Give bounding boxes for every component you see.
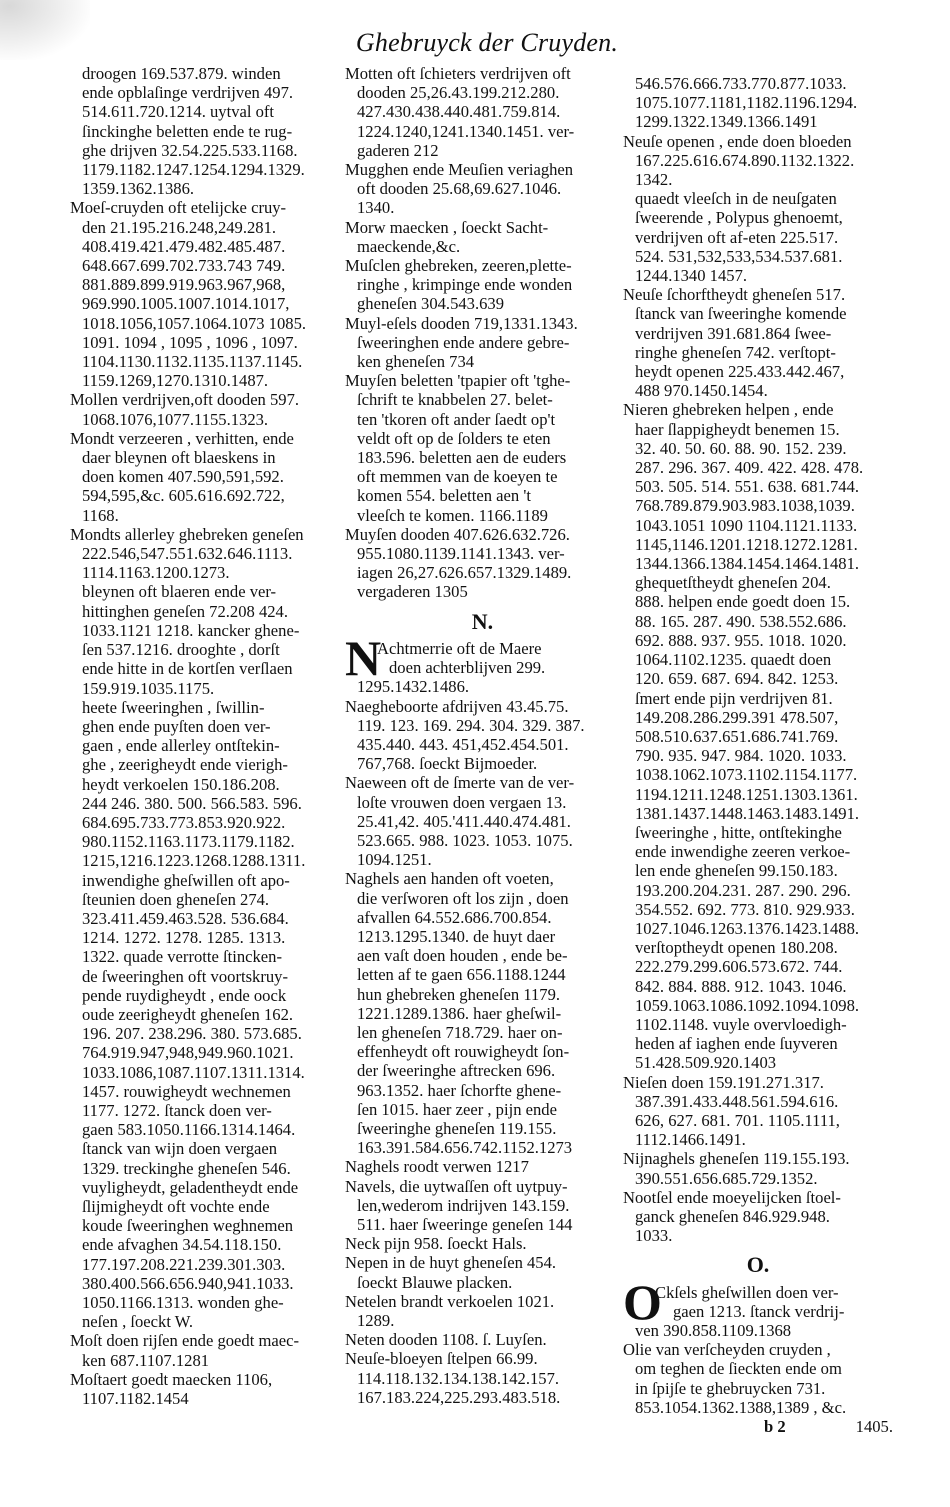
text-line: 114.118.132.134.138.142.157.	[345, 1369, 620, 1388]
entries-m: Motten oft ſchieters verdrijven oftdoode…	[345, 64, 620, 602]
text-line: ſchrift te knabbelen 27. belet-	[345, 390, 620, 409]
text-line: 503. 505. 514. 551. 638. 681.744.	[623, 477, 893, 496]
text-line: 514.611.720.1214. uytval oft	[70, 102, 340, 121]
text-line: 1295.1432.1486.	[345, 677, 620, 696]
text-line: Muyſen beletten 'tpapier oft 'tghe-	[345, 371, 620, 390]
text-line: 380.400.566.656.940,941.1033.	[70, 1274, 340, 1293]
text-line: Muyſen dooden 407.626.632.726.	[345, 525, 620, 544]
section-heading-n: N.	[345, 612, 620, 631]
text-line: der ſweeringhe aftrecken 696.	[345, 1061, 620, 1080]
text-line: Nepen in de huyt gheneſen 454.	[345, 1253, 620, 1272]
text-line: Nijnaghels gheneſen 119.155.193.	[623, 1149, 893, 1168]
text-line: 1289.	[345, 1311, 620, 1330]
text-line: 1059.1063.1086.1092.1094.1098.	[623, 996, 893, 1015]
text-line: 1168.	[70, 506, 340, 525]
text-line: Naghels aen handen oft voeten,	[345, 869, 620, 888]
text-line: Naegheboorte afdrijven 43.45.75.	[345, 697, 620, 716]
text-line: bleynen oft blaeren ende ver-	[70, 582, 340, 601]
text-line: Naeween oft de ſmerte van de ver-	[345, 773, 620, 792]
text-line: 1064.1102.1235. quaedt doen	[623, 650, 893, 669]
page-stain	[0, 0, 90, 60]
text-line: 1075.1077.1181,1182.1196.1294.	[623, 93, 893, 112]
book-page: Ghebruyck der Cruyden. droogen 169.537.8…	[0, 0, 950, 1507]
text-line: koude ſweeringhen weghnemen	[70, 1216, 340, 1235]
text-line: 842. 884. 888. 912. 1043. 1046.	[623, 977, 893, 996]
text-line: Neuſe-bloeyen ſtelpen 66.99.	[345, 1349, 620, 1368]
text-line: neſen , ſoeckt W.	[70, 1312, 340, 1331]
index-column-left: droogen 169.537.879. windenende opblaſin…	[70, 64, 340, 1408]
text-line: ſtanck van ſweeringhe komende	[623, 304, 893, 323]
text-line: gaderen 212	[345, 141, 620, 160]
text-line: 1033.1086,1087.1107.1311.1314.	[70, 1063, 340, 1082]
text-line: den 21.195.216.248,249.281.	[70, 218, 340, 237]
text-line: 1033.1121 1218. kancker ghene-	[70, 621, 340, 640]
text-line: 1457. rouwigheydt wechnemen	[70, 1082, 340, 1101]
text-line: loſte vrouwen doen vergaen 13.	[345, 793, 620, 812]
text-line: gaen 583.1050.1166.1314.1464.	[70, 1120, 340, 1139]
text-line: 648.667.699.702.733.743 749.	[70, 256, 340, 275]
text-line: 1244.1340 1457.	[623, 266, 893, 285]
text-line: ende opblaſinge verdrijven 497.	[70, 83, 340, 102]
text-line: 25.41,42. 405.'411.440.474.481.	[345, 812, 620, 831]
text-line: de ſweeringhen oft voortskruy-	[70, 967, 340, 986]
text-line: 1213.1295.1340. de huyt daer	[345, 927, 620, 946]
signature-mark: b 2	[764, 1417, 786, 1436]
text-line: Moſtaert goedt maecken 1106,	[70, 1370, 340, 1389]
text-line: 1322. quade verrotte ſtincken-	[70, 947, 340, 966]
text-line: len gheneſen 718.729. haer on-	[345, 1023, 620, 1042]
text-line: 1050.1166.1313. wonden ghe-	[70, 1293, 340, 1312]
text-line: droogen 169.537.879. winden	[70, 64, 340, 83]
text-line: ken 687.1107.1281	[70, 1351, 340, 1370]
text-line: doen komen 407.590,591,592.	[70, 467, 340, 486]
text-line: Naghels roodt verwen 1217	[345, 1157, 620, 1176]
text-line: 1027.1046.1263.1376.1423.1488.	[623, 919, 893, 938]
text-line: 768.789.879.903.983.1038,1039.	[623, 496, 893, 515]
text-line: 523.665. 988. 1023. 1053. 1075.	[345, 831, 620, 850]
text-line: 222.279.299.606.573.672. 744.	[623, 957, 893, 976]
text-line: 767,768. ſoeckt Bijmoeder.	[345, 754, 620, 773]
text-line: ſteunien doen gheneſen 274.	[70, 890, 340, 909]
entries-o: ven 390.858.1109.1368Olie van verſcheyde…	[623, 1321, 893, 1417]
text-line: in ſpijſe te ghebruycken 731.	[623, 1379, 893, 1398]
text-line: 1221.1289.1386. haer gheſwil-	[345, 1004, 620, 1023]
text-line: vuyligheydt, geladentheydt ende	[70, 1178, 340, 1197]
index-column-middle: Motten oft ſchieters verdrijven oftdoode…	[345, 64, 620, 1407]
text-line: 1068.1076,1077.1155.1323.	[70, 410, 340, 429]
text-line: 524. 531,532,533,534.537.681.	[623, 247, 893, 266]
text-line: 1104.1130.1132.1135.1137.1145.	[70, 352, 340, 371]
text-line: 88. 165. 287. 490. 538.552.686.	[623, 612, 893, 631]
text-line: ringhe , krimpinge ende wonden	[345, 275, 620, 294]
text-line: Nieſen doen 159.191.271.317.	[623, 1073, 893, 1092]
text-line: pende ruydigheydt , ende oock	[70, 986, 340, 1005]
text-line: 1145,1146.1201.1218.1272.1281.	[623, 535, 893, 554]
text-line: 963.1352. haer ſchorfte ghene-	[345, 1081, 620, 1100]
text-line: 51.428.509.920.1403	[623, 1053, 893, 1072]
text-line: Mondts allerley ghebreken geneſen	[70, 525, 340, 544]
text-line: ſweeringhen ende andere gebre-	[345, 333, 620, 352]
text-line: 32. 40. 50. 60. 88. 90. 152. 239.	[623, 439, 893, 458]
text-line: ſen 537.1216. drooghte , dorſt	[70, 640, 340, 659]
text-line: ſweerende , Polypus ghenoemt,	[623, 208, 893, 227]
text-line: haer ſlappigheydt benemen 15.	[623, 420, 893, 439]
text-line: ghequetſtheydt gheneſen 204.	[623, 573, 893, 592]
text-line: 435.440. 443. 451,452.454.501.	[345, 735, 620, 754]
text-line: quaedt vleeſch in de neuſgaten	[623, 189, 893, 208]
text-line: 488 970.1450.1454.	[623, 381, 893, 400]
text-line: veldt oft op de ſolders te eten	[345, 429, 620, 448]
text-line: 546.576.666.733.770.877.1033.	[623, 74, 893, 93]
text-line: ghe drijven 32.54.225.533.1168.	[70, 141, 340, 160]
text-line: verſtoptheydt openen 180.208.	[623, 938, 893, 957]
text-line: 1214. 1272. 1278. 1285. 1313.	[70, 928, 340, 947]
text-line: 790. 935. 947. 984. 1020. 1033.	[623, 746, 893, 765]
text-line: 626, 627. 681. 701. 1105.1111,	[623, 1111, 893, 1130]
text-line: verdrijven 391.681.864 ſwee-	[623, 324, 893, 343]
text-line: Neuſe openen , ende doen bloeden	[623, 132, 893, 151]
text-line: 1114.1163.1200.1273.	[70, 563, 340, 582]
text-line: maeckende,&c.	[345, 237, 620, 256]
text-line: Netelen brandt verkoelen 1021.	[345, 1292, 620, 1311]
text-line: dooden 25,26.43.199.212.280.	[345, 83, 620, 102]
text-line: oude zeerigheydt gheneſen 162.	[70, 1005, 340, 1024]
text-line: ken gheneſen 734	[345, 352, 620, 371]
text-line: Motten oft ſchieters verdrijven oft	[345, 64, 620, 83]
text-line: hun ghebreken gheneſen 1179.	[345, 985, 620, 1004]
text-line: 1342.	[623, 170, 893, 189]
text-line: 177.197.208.221.239.301.303.	[70, 1255, 340, 1274]
text-line: heydt openen 225.433.442.467,	[623, 362, 893, 381]
text-line: 764.919.947,948,949.960.1021.	[70, 1043, 340, 1062]
text-line: verdrijven oft af-eten 225.517.	[623, 228, 893, 247]
text-line: 511. haer ſweeringe geneſen 144	[345, 1215, 620, 1234]
text-line: 955.1080.1139.1141.1343. ver-	[345, 544, 620, 563]
dropcap-o: O	[623, 1279, 662, 1325]
text-line: 1038.1062.1073.1102.1154.1177.	[623, 765, 893, 784]
text-line: komen 554. beletten aen 't	[345, 486, 620, 505]
text-line: Olie van verſcheyden cruyden ,	[623, 1340, 893, 1359]
text-line: Muyl-eſels dooden 719,1331.1343.	[345, 314, 620, 333]
text-line: Nieren ghebreken helpen , ende	[623, 400, 893, 419]
text-line: die verſworen oft los zijn , doen	[345, 889, 620, 908]
text-line: heden af iaghen ende ſuyveren	[623, 1034, 893, 1053]
text-line: 1107.1182.1454	[70, 1389, 340, 1408]
text-line: 387.391.433.448.561.594.616.	[623, 1092, 893, 1111]
text-line: 1194.1211.1248.1251.1303.1361.	[623, 785, 893, 804]
text-line: ſen 1015. haer zeer , pijn ende	[345, 1100, 620, 1119]
text-line: effenheydt oft rouwigheydt ſon-	[345, 1042, 620, 1061]
text-line: 853.1054.1362.1388,1389 , &c.	[623, 1398, 893, 1417]
text-line: Navels, die uytwaſſen oft uytpuy-	[345, 1177, 620, 1196]
text-line: 167.225.616.674.890.1132.1322.	[623, 151, 893, 170]
text-line: ghe , zeerigheydt ende vierigh-	[70, 755, 340, 774]
text-line: Mondt verzeeren , verhitten, ende	[70, 429, 340, 448]
text-line: 119. 123. 169. 294. 304. 329. 387.	[345, 716, 620, 735]
text-line: ſtanck van wijn doen vergaen	[70, 1139, 340, 1158]
text-line: 287. 296. 367. 409. 422. 428. 478.	[623, 458, 893, 477]
text-line: Neuſe ſchorftheydt gheneſen 517.	[623, 285, 893, 304]
text-line: 684.695.733.773.853.920.922.	[70, 813, 340, 832]
text-line: ghen ende puyſten doen ver-	[70, 717, 340, 736]
text-line: vleeſch te komen. 1166.1189	[345, 506, 620, 525]
text-line: 1159.1269,1270.1310.1487.	[70, 371, 340, 390]
text-line: Muſclen ghebreken, zeeren,plette-	[345, 256, 620, 275]
text-line: 1299.1322.1349.1366.1491	[623, 112, 893, 131]
text-line: 692. 888. 937. 955. 1018. 1020.	[623, 631, 893, 650]
entries-n-cont: 546.576.666.733.770.877.1033.1075.1077.1…	[623, 74, 893, 1245]
text-line: 120. 659. 687. 694. 842. 1253.	[623, 669, 893, 688]
dropcap-entry-n: N Achtmerrie oft de Maere doen achterbli…	[345, 639, 620, 677]
running-head: Ghebruyck der Cruyden.	[352, 28, 622, 58]
text-line: Mollen verdrijven,oft dooden 597.	[70, 390, 340, 409]
text-line: 980.1152.1163.1173.1179.1182.	[70, 832, 340, 851]
text-line: 1179.1182.1247.1254.1294.1329.	[70, 160, 340, 179]
text-line: 969.990.1005.1007.1014.1017,	[70, 294, 340, 313]
text-line: ven 390.858.1109.1368	[623, 1321, 893, 1340]
text-line: ſoeckt Blauwe placken.	[345, 1273, 620, 1292]
text-line: ten 'tkoren oft ander ſaedt op't	[345, 410, 620, 429]
text-line: gaen , ende allerley ontſtekin-	[70, 736, 340, 755]
text-line: letten af te gaen 656.1188.1244	[345, 965, 620, 984]
text-line: ende inwendighe zeeren verkoe-	[623, 842, 893, 861]
text-line: Nootſel ende moeyelijcken ſtoel-	[623, 1188, 893, 1207]
text-line: 163.391.584.656.742.1152.1273	[345, 1138, 620, 1157]
text-line: doen achterblijven 299.	[345, 658, 620, 677]
text-line: 594,595,&c. 605.616.692.722,	[70, 486, 340, 505]
text-line: len,wederom indrijven 143.159.	[345, 1196, 620, 1215]
dropcap-n: N	[345, 635, 381, 681]
text-line: 1329. treckinghe gheneſen 546.	[70, 1159, 340, 1178]
text-line: 881.889.899.919.963.967,968,	[70, 275, 340, 294]
text-line: 159.919.1035.1175.	[70, 679, 340, 698]
entries-n: 1295.1432.1486.Naegheboorte afdrijven 43…	[345, 677, 620, 1407]
text-line: ſlijmigheydt oft vochte ende	[70, 1197, 340, 1216]
text-line: 888. helpen ende goedt doen 15.	[623, 592, 893, 611]
text-line: Mugghen ende Meuſien veriaghen	[345, 160, 620, 179]
text-line: hittinghen geneſen 72.208 424.	[70, 602, 340, 621]
text-line: 408.419.421.479.482.485.487.	[70, 237, 340, 256]
text-line: 149.208.286.299.391 478.507,	[623, 708, 893, 727]
text-line: 323.411.459.463.528. 536.684.	[70, 909, 340, 928]
text-line: 390.551.656.685.729.1352.	[623, 1169, 893, 1188]
text-line: len ende gheneſen 99.150.183.	[623, 861, 893, 880]
text-line: 183.596. beletten aen de euders	[345, 448, 620, 467]
text-line: 167.183.224,225.293.483.518.	[345, 1388, 620, 1407]
text-line: Neck pijn 958. ſoeckt Hals.	[345, 1234, 620, 1253]
text-line: Neten dooden 1108. ſ. Luyſen.	[345, 1330, 620, 1349]
text-line: aen vaſt doen houden , ende be-	[345, 946, 620, 965]
section-heading-o: O.	[623, 1255, 893, 1274]
text-line: 1177. 1272. ſtanck doen ver-	[70, 1101, 340, 1120]
text-line: gheneſen 304.543.639	[345, 294, 620, 313]
text-line: heydt verkoelen 150.186.208.	[70, 775, 340, 794]
catchword: 1405.	[856, 1417, 893, 1436]
text-line: Morw maecken , ſoeckt Sacht-	[345, 218, 620, 237]
text-line: 1094.1251.	[345, 850, 620, 869]
text-line: 1215,1216.1223.1268.1288.1311.	[70, 851, 340, 870]
text-line: ſinckinghe beletten ende te rug-	[70, 122, 340, 141]
text-line: 1381.1437.1448.1463.1483.1491.	[623, 804, 893, 823]
index-column-right: 546.576.666.733.770.877.1033.1075.1077.1…	[623, 74, 893, 1436]
text-line: 1018.1056,1057.1064.1073 1085.	[70, 314, 340, 333]
text-line: inwendighe gheſwillen oft apo-	[70, 871, 340, 890]
text-line: ende afvaghen 34.54.118.150.	[70, 1235, 340, 1254]
text-line: heete ſweeringhen , ſwillin-	[70, 698, 340, 717]
text-line: ende hitte in de kortſen verſlaen	[70, 659, 340, 678]
text-line: ringhe gheneſen 742. verſtopt-	[623, 343, 893, 362]
text-line: 1359.1362.1386.	[70, 179, 340, 198]
text-line: ganck gheneſen 846.929.948.	[623, 1207, 893, 1226]
text-line: Ckſels gheſwillen doen ver-	[623, 1283, 893, 1302]
text-line: oft dooden 25.68,69.627.1046.	[345, 179, 620, 198]
text-line: daer bleynen oft blaeskens in	[70, 448, 340, 467]
text-line: ſmert ende pijn verdrijven 81.	[623, 689, 893, 708]
signature-line: b 21405.	[623, 1417, 893, 1436]
text-line: 508.510.637.651.686.741.769.	[623, 727, 893, 746]
text-line: 222.546,547.551.632.646.1113.	[70, 544, 340, 563]
text-line: 1033.	[623, 1226, 893, 1245]
text-line: om teghen de ſieckten ende om	[623, 1359, 893, 1378]
text-line: ſweeringhe gheneſen 119.155.	[345, 1119, 620, 1138]
text-line: 1043.1051 1090 1104.1121.1133.	[623, 516, 893, 535]
text-line: iagen 26,27.626.657.1329.1489.	[345, 563, 620, 582]
text-line: 196. 207. 238.296. 380. 573.685.	[70, 1024, 340, 1043]
text-line: 1112.1466.1491.	[623, 1130, 893, 1149]
text-line: 1344.1366.1384.1454.1464.1481.	[623, 554, 893, 573]
text-line: ſweeringhe , hitte, ontſtekinghe	[623, 823, 893, 842]
text-line: afvallen 64.552.686.700.854.	[345, 908, 620, 927]
text-line: vergaderen 1305	[345, 582, 620, 601]
text-line: oft memmen van de koeyen te	[345, 467, 620, 486]
text-line: 1091. 1094 , 1095 , 1096 , 1097.	[70, 333, 340, 352]
text-line: 193.200.204.231. 287. 290. 296.	[623, 881, 893, 900]
text-line: 244 246. 380. 500. 566.583. 596.	[70, 794, 340, 813]
text-line: 1224.1240,1241.1340.1451. ver-	[345, 122, 620, 141]
text-line: Moſt doen rijſen ende goedt maec-	[70, 1331, 340, 1350]
dropcap-entry-o: O Ckſels gheſwillen doen ver- gaen 1213.…	[623, 1283, 893, 1321]
text-line: Achtmerrie oft de Maere	[345, 639, 620, 658]
text-line: gaen 1213. ſtanck verdrij-	[623, 1302, 893, 1321]
text-line: 1102.1148. vuyle overvloedigh-	[623, 1015, 893, 1034]
text-line: Moeſ-cruyden oft etelijcke cruy-	[70, 198, 340, 217]
text-line: 1340.	[345, 198, 620, 217]
text-line: 427.430.438.440.481.759.814.	[345, 102, 620, 121]
text-line: 354.552. 692. 773. 810. 929.933.	[623, 900, 893, 919]
